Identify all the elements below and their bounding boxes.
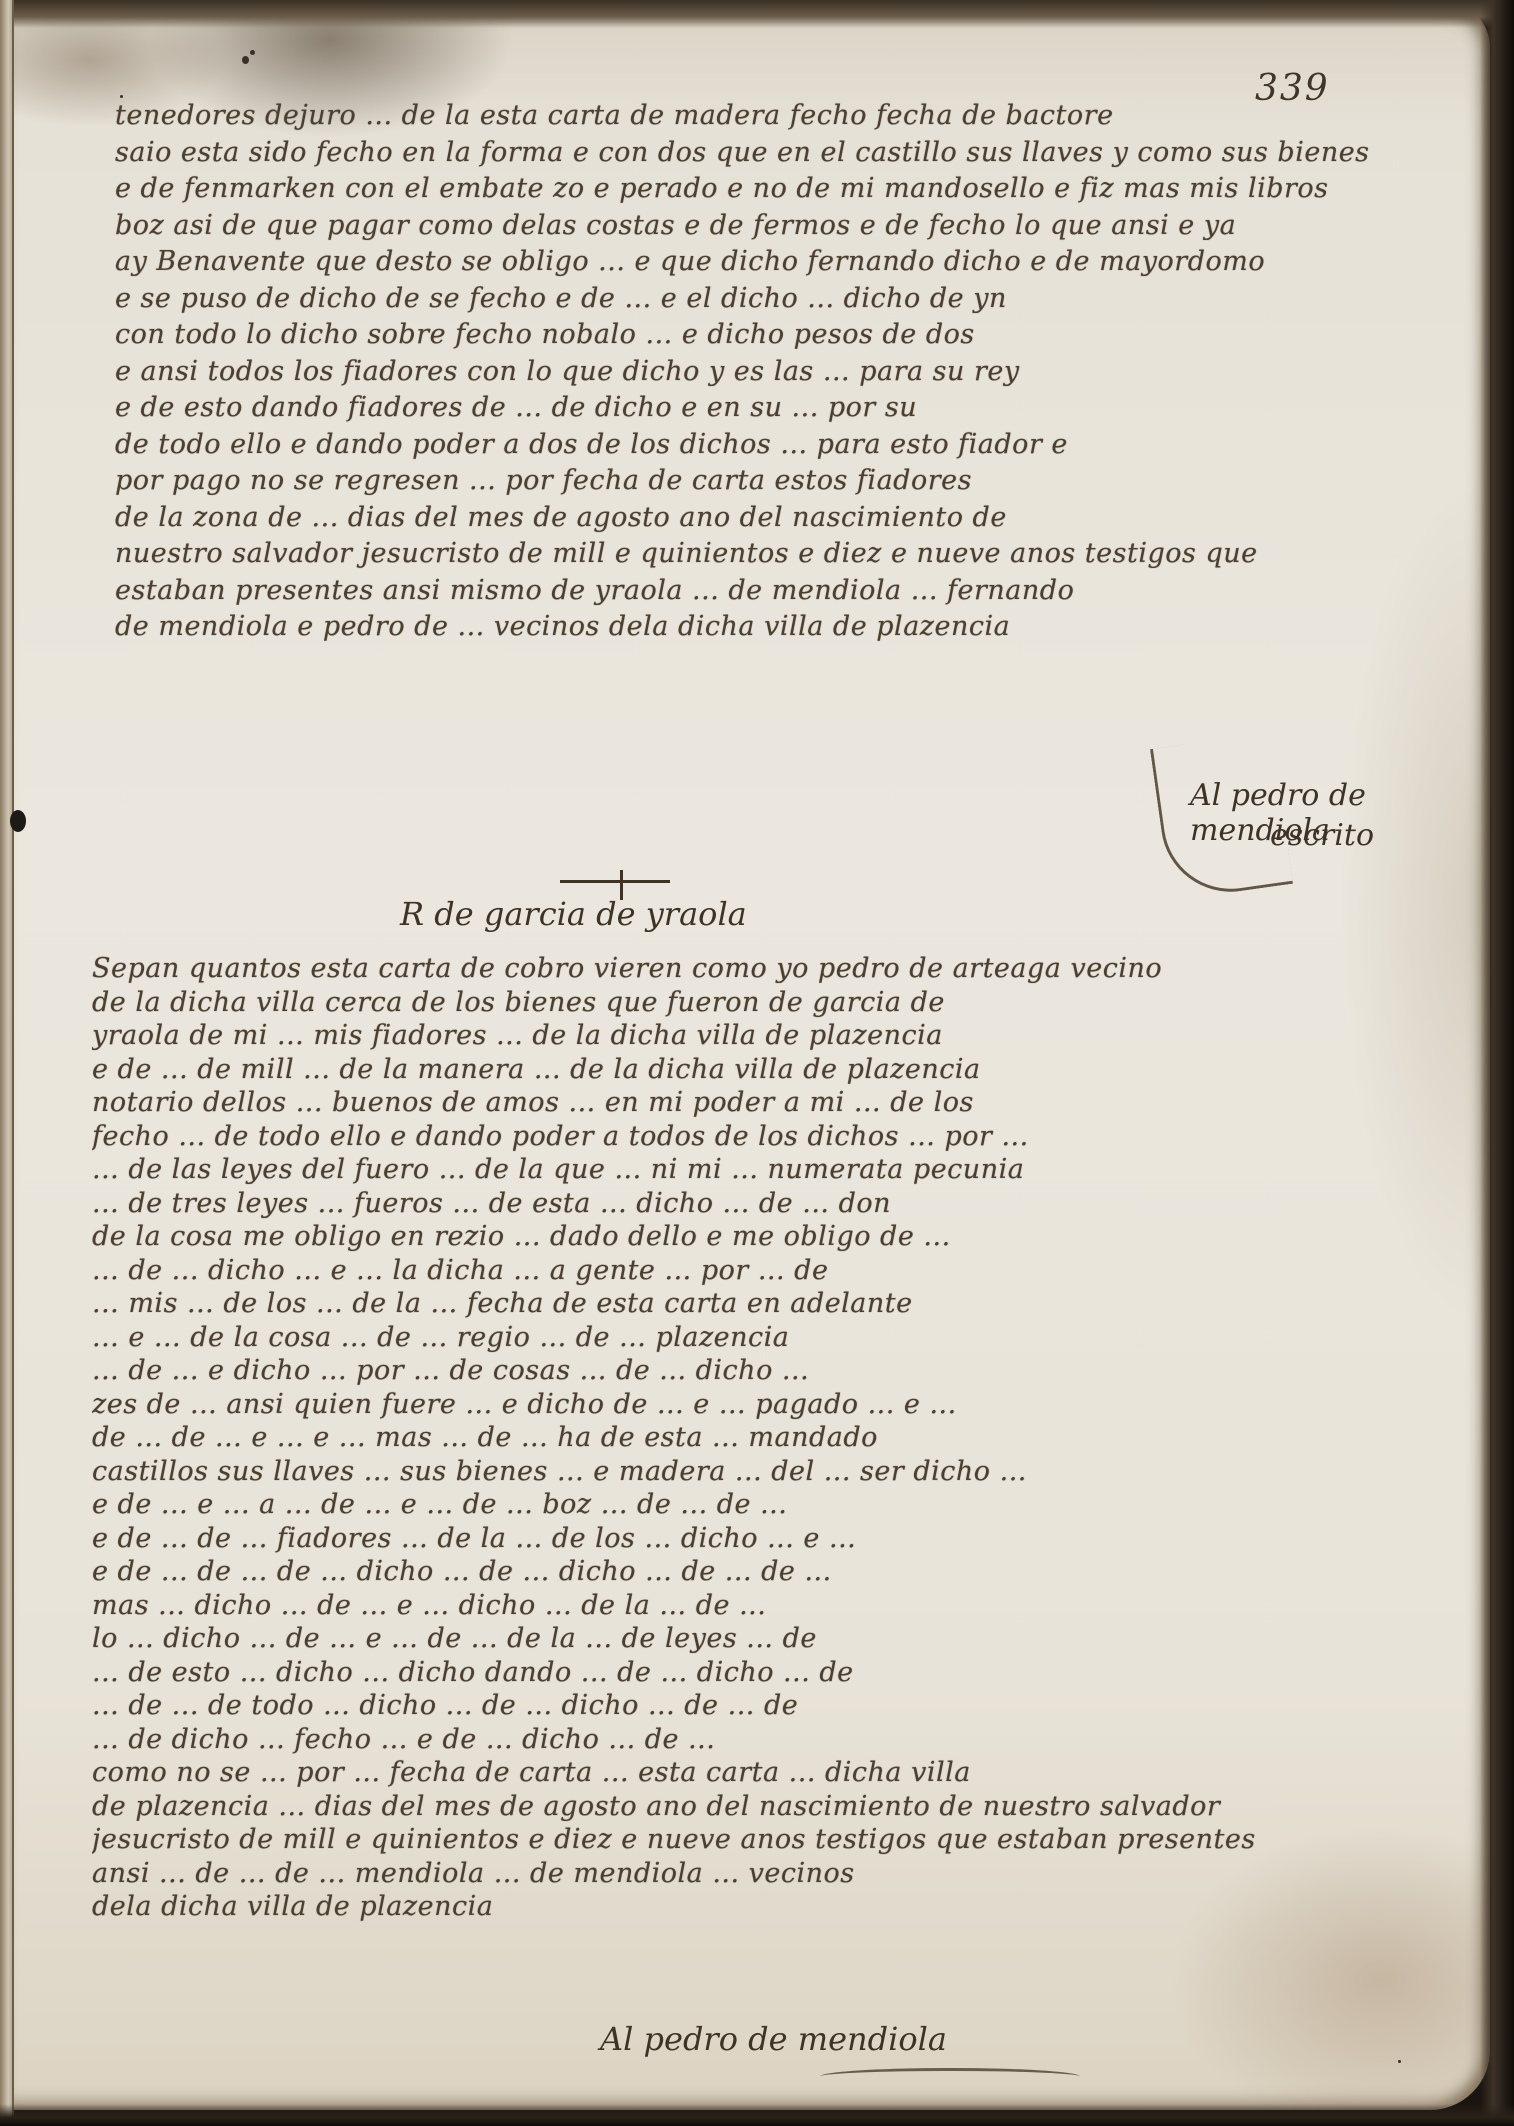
manuscript-line: de todo ello e dando poder a dos de los …	[115, 427, 1455, 464]
manuscript-line: por pago no se regresen ... por fecha de…	[115, 463, 1455, 500]
manuscript-line: fecho ... de todo ello e dando poder a t…	[92, 1120, 1462, 1154]
manuscript-line: yraola de mi ... mis fiadores ... de la …	[92, 1019, 1462, 1053]
manuscript-line: e ansi todos los fiadores con lo que dic…	[115, 354, 1455, 391]
manuscript-line: ... de dicho ... fecho ... e de ... dich…	[92, 1723, 1462, 1757]
manuscript-line: ... mis ... de los ... de la ... fecha d…	[92, 1287, 1462, 1321]
manuscript-line: ... de ... de todo ... dicho ... de ... …	[92, 1689, 1462, 1723]
ink-speck	[120, 95, 123, 98]
manuscript-line: de plazencia ... dias del mes de agosto …	[92, 1790, 1462, 1824]
manuscript-line: jesucristo de mill e quinientos e diez e…	[92, 1823, 1462, 1857]
manuscript-line: e de ... de ... fiadores ... de la ... d…	[92, 1522, 1462, 1556]
manuscript-line: zes de ... ansi quien fuere ... e dicho …	[92, 1388, 1462, 1422]
manuscript-line: ... e ... de la cosa ... de ... regio ..…	[92, 1321, 1462, 1355]
signature-flourish	[820, 2068, 1080, 2085]
page-top-edge-stain	[0, 0, 1500, 28]
manuscript-line: lo ... dicho ... de ... e ... de ... de …	[92, 1622, 1462, 1656]
manuscript-line: de la zona de ... dias del mes de agosto…	[115, 500, 1455, 537]
notary-signature-2: Al pedro de mendiola	[600, 2020, 947, 2058]
manuscript-line: de la cosa me obligo en rezio ... dado d…	[92, 1220, 1462, 1254]
manuscript-line: castillos sus llaves ... sus bienes ... …	[92, 1455, 1462, 1489]
manuscript-line: estaban presentes ansi mismo de yraola .…	[115, 573, 1455, 610]
notary-signature-1-sub: escrito	[1270, 818, 1374, 853]
manuscript-line: ... de ... e dicho ... por ... de cosas …	[92, 1354, 1462, 1388]
manuscript-line: tenedores dejuro ... de la esta carta de…	[115, 98, 1455, 135]
manuscript-line: mas ... dicho ... de ... e ... dicho ...…	[92, 1589, 1462, 1623]
manuscript-line: ... de esto ... dicho ... dicho dando ..…	[92, 1656, 1462, 1690]
page-right-edge	[1480, 0, 1514, 2126]
manuscript-line: Sepan quantos esta carta de cobro vieren…	[92, 952, 1462, 986]
manuscript-line: boz asi de que pagar como delas costas e…	[115, 208, 1455, 245]
manuscript-line: e de esto dando fiadores de ... de dicho…	[115, 390, 1455, 427]
ink-speck	[1398, 2060, 1401, 2063]
manuscript-line: como no se ... por ... fecha de carta ..…	[92, 1756, 1462, 1790]
manuscript-line: de la dicha villa cerca de los bienes qu…	[92, 986, 1462, 1020]
page-bottom-edge	[0, 2104, 1514, 2126]
manuscript-line: notario dellos ... buenos de amos ... en…	[92, 1086, 1462, 1120]
manuscript-line: e de ... de mill ... de la manera ... de…	[92, 1053, 1462, 1087]
text-block-1: tenedores dejuro ... de la esta carta de…	[115, 98, 1455, 646]
manuscript-line: ansi ... de ... de ... mendiola ... de m…	[92, 1857, 1462, 1891]
manuscript-line: saio esta sido fecho en la forma e con d…	[115, 135, 1455, 172]
manuscript-line: con todo lo dicho sobre fecho nobalo ...…	[115, 317, 1455, 354]
manuscript-line: e de ... e ... a ... de ... e ... de ...…	[92, 1488, 1462, 1522]
manuscript-line: ay Benavente que desto se obligo ... e q…	[115, 244, 1455, 281]
gutter-line	[12, 0, 14, 2126]
manuscript-line: ... de tres leyes ... fueros ... de esta…	[92, 1187, 1462, 1221]
manuscript-line: de ... de ... e ... e ... mas ... de ...…	[92, 1421, 1462, 1455]
manuscript-line: ... de las leyes del fuero ... de la que…	[92, 1153, 1462, 1187]
manuscript-line: nuestro salvador jesucristo de mill e qu…	[115, 536, 1455, 573]
ink-speck	[242, 56, 249, 64]
section-heading: R de garcia de yraola	[400, 895, 747, 933]
binding-hole	[10, 810, 26, 832]
text-block-2: Sepan quantos esta carta de cobro vieren…	[92, 952, 1462, 1924]
manuscript-line: ... de ... dicho ... e ... la dicha ... …	[92, 1254, 1462, 1288]
manuscript-line: e de fenmarken con el embate zo e perado…	[115, 171, 1455, 208]
manuscript-line: e de ... de ... de ... dicho ... de ... …	[92, 1555, 1462, 1589]
manuscript-line: e se puso de dicho de se fecho e de ... …	[115, 281, 1455, 318]
manuscript-line: dela dicha villa de plazencia	[92, 1890, 1462, 1924]
manuscript-line: de mendiola e pedro de ... vecinos dela …	[115, 609, 1455, 646]
ink-speck	[250, 50, 255, 55]
